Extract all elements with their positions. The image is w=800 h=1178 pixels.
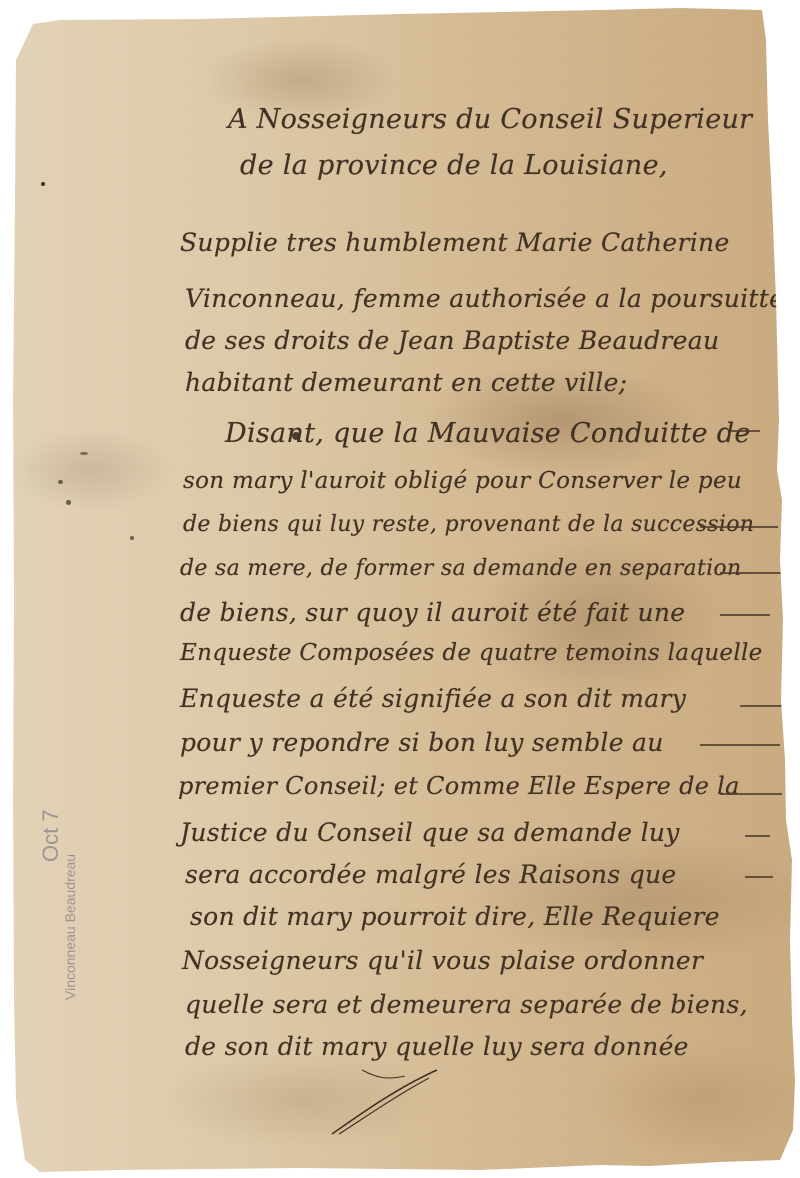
body-line: de biens qui luy reste, provenant de la … (183, 512, 754, 537)
body-line: de biens, sur quoy il auroit été fait un… (180, 598, 685, 627)
body-line: quelle sera et demeurera separée de bien… (185, 990, 748, 1019)
body-line: son dit mary pourroit dire, Elle Requier… (190, 902, 720, 931)
body-line: Justice du Conseil que sa demande luy (180, 818, 680, 847)
ink-spot (41, 182, 45, 186)
body-line: Supplie tres humblement Marie Catherine (180, 228, 730, 257)
signature-flourish (327, 1068, 447, 1138)
line-end-dash (720, 793, 782, 795)
body-line: Enqueste Composées de quatre temoins laq… (180, 640, 763, 666)
body-line: habitant demeurant en cette ville; (185, 368, 627, 397)
body-line: Disant, que la Mauvaise Conduitte de (225, 418, 751, 449)
margin-note-names: Vinconneau Beaudreau (62, 854, 78, 1000)
ink-spot (292, 432, 300, 440)
line-end-dash (720, 572, 782, 574)
body-line: son mary l'auroit obligé pour Conserver … (183, 468, 742, 494)
manuscript-page: A Nosseigneurs du Conseil Superieur de l… (0, 0, 800, 1178)
line-end-dash (700, 744, 780, 746)
line-end-dash (745, 876, 773, 878)
body-line: de son dit mary quelle luy sera donnée (185, 1032, 689, 1061)
body-line: Enqueste a été signifiée a son dit mary (180, 684, 686, 713)
heading-line-2: de la province de la Louisiane, (240, 150, 668, 181)
line-end-dash (720, 614, 770, 616)
heading-line-1: A Nosseigneurs du Conseil Superieur (228, 104, 752, 135)
line-end-dash (745, 835, 770, 837)
ink-spot (80, 452, 88, 455)
line-end-dash (730, 430, 760, 432)
body-line: premier Conseil; et Comme Elle Espere de… (178, 772, 740, 800)
margin-note-date: Oct 7 (38, 809, 64, 862)
body-line: Vinconneau, femme authorisée a la poursu… (185, 284, 784, 313)
ink-spot (58, 480, 63, 484)
body-line: pour y repondre si bon luy semble au (180, 728, 664, 757)
body-line: Nosseigneurs qu'il vous plaise ordonner (182, 946, 703, 975)
line-end-dash (740, 705, 785, 707)
body-line: de ses droits de Jean Baptiste Beaudreau (185, 326, 719, 355)
ink-spot (66, 500, 71, 505)
body-line: sera accordée malgré les Raisons que (185, 860, 677, 889)
line-end-dash (700, 526, 778, 528)
ink-spot (130, 536, 134, 540)
body-line: de sa mere, de former sa demande en sepa… (180, 556, 741, 581)
